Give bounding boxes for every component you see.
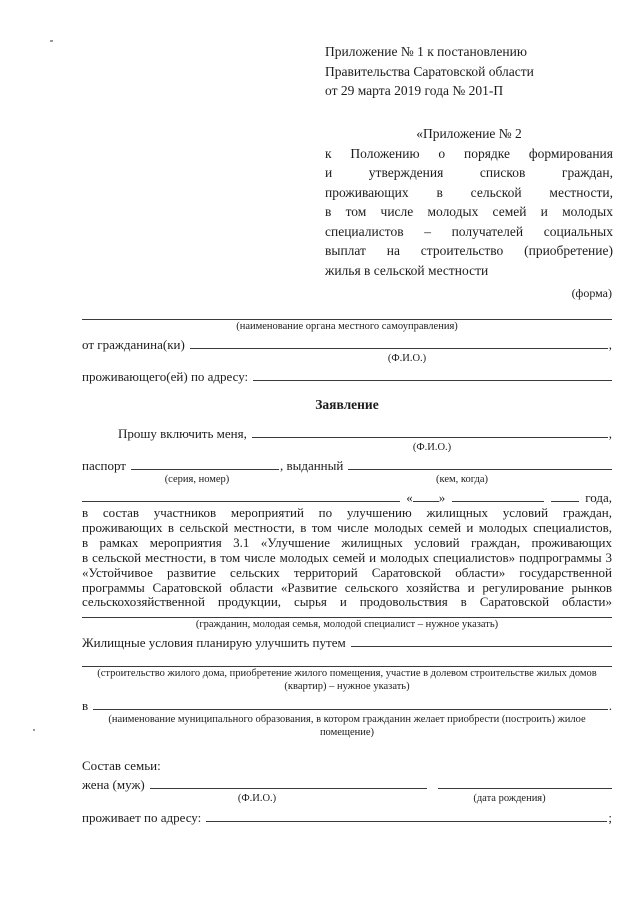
paragraph-line: «Устойчивое развитие сельских территорий… [82,566,612,581]
regulation-reference-block: Приложение № 1 к постановлению Правитель… [325,42,587,101]
applicant-type-blank [82,610,612,618]
program-paragraph: в состав участников мероприятий по улучш… [82,506,612,610]
year-label: года, [579,490,612,505]
applicant-type-caption: (гражданин, молодая семья, молодой специ… [82,618,612,631]
scanned-form-page: Приложение № 1 к постановлению Правитель… [0,0,640,905]
paragraph-line: в состав участников мероприятий по улучш… [82,506,612,521]
birthdate-caption: (дата рождения) [432,792,612,805]
spouse-name-blank [150,775,428,789]
spouse-address-label: проживает по адресу: [82,810,206,825]
passport-captions-row: (серия, номер) (кем, когда) [82,473,612,486]
citizen-name-blank [190,335,608,349]
annex-line: и утверждения списков граждан, [325,163,613,183]
fio-caption: (Ф.И.О.) [82,441,612,454]
passport-label: паспорт [82,458,131,473]
paragraph-line: проживающих в сельской местности, в том … [82,521,612,536]
org-name-blank [82,312,612,320]
annex-line: жилья в сельской местности [325,261,613,281]
residing-address-row: проживающего(ей) по адресу: [82,367,612,384]
request-row: Прошу включить меня, , [82,424,612,441]
annex-line: проживающих в сельской местности, [325,183,613,203]
annex-heading: «Приложение № 2 [325,124,613,144]
paragraph-line: в сельской местности, в том числе молоды… [82,551,612,566]
paragraph-line: в рамках мероприятия 3.1 «Улучшение жили… [82,536,612,551]
issued-label: , выданный [279,458,348,473]
municipality-blank [93,696,608,710]
annex-line: в том числе молодых семей и молодых [325,202,613,222]
improve-label: Жилищные условия планирую улучшить путем [82,635,351,650]
from-citizen-label: от гражданина(ки) [82,337,190,352]
semicolon: ; [607,810,612,825]
annex-line: специалистов – получателей социальных [325,222,613,242]
reference-line: от 29 марта 2019 года № 201-П [325,81,587,101]
improve-method-blank [351,633,612,647]
series-caption: (серия, номер) [82,473,312,486]
form-note: (форма) [572,286,612,301]
month-blank [452,488,544,502]
reference-line: Приложение № 1 к постановлению [325,42,587,62]
scan-speck [33,729,35,731]
application-form-body: (наименование органа местного самоуправл… [82,312,612,825]
request-label: Прошу включить меня, [118,426,252,441]
passport-series-blank [131,456,279,470]
statement-title: Заявление [82,397,612,412]
spouse-row: жена (муж) [82,775,612,792]
scan-speck [50,40,53,42]
issuer-caption: (кем, когда) [312,473,612,486]
comma: , [608,337,612,352]
fio-caption: (Ф.И.О.) [82,352,612,365]
day-blank [413,488,439,502]
passport-row: паспорт , выданный [82,456,612,473]
annex-line: к Положению о порядке формирования [325,144,613,164]
spouse-address-blank [206,808,607,822]
period: . [608,698,612,713]
family-heading: Состав семьи: [82,758,612,773]
applicant-name-blank [252,424,608,438]
method-caption: (строительство жилого дома, приобретение… [82,667,612,693]
spouse-captions-row: (Ф.И.О.) (дата рождения) [82,792,612,805]
paragraph-line: программы Саратовской области «Развитие … [82,581,612,596]
issuer-continuation-blank [82,488,400,502]
spouse-address-row: проживает по адресу: ; [82,808,612,825]
fio-caption: (Ф.И.О.) [82,792,432,805]
reference-line: Правительства Саратовской области [325,62,587,82]
paragraph-line: сельскохозяйственной продукции, сырья и … [82,595,612,610]
passport-issuer-blank [348,456,612,470]
date-row: « » года, [82,488,612,505]
residing-label: проживающего(ей) по адресу: [82,369,253,384]
quote-close: » [439,490,446,505]
spouse-label: жена (муж) [82,777,150,792]
residing-address-blank [253,367,612,381]
annex-line: выплат на строительство (приобретение) [325,241,613,261]
from-citizen-row: от гражданина(ки) , [82,335,612,352]
year-blank [551,488,579,502]
in-label: в [82,698,93,713]
municipality-row: в . [82,696,612,713]
annex-2-title-block: «Приложение № 2 к Положению о порядке фо… [325,124,613,280]
quote-open: « [400,490,413,505]
org-name-caption: (наименование органа местного самоуправл… [82,320,612,333]
comma: , [608,426,612,441]
improve-method-row: Жилищные условия планирую улучшить путем [82,633,612,650]
spouse-birthdate-blank [438,775,612,789]
municipality-caption: (наименование муниципального образования… [82,713,612,739]
improve-method-continuation-blank [82,659,612,667]
